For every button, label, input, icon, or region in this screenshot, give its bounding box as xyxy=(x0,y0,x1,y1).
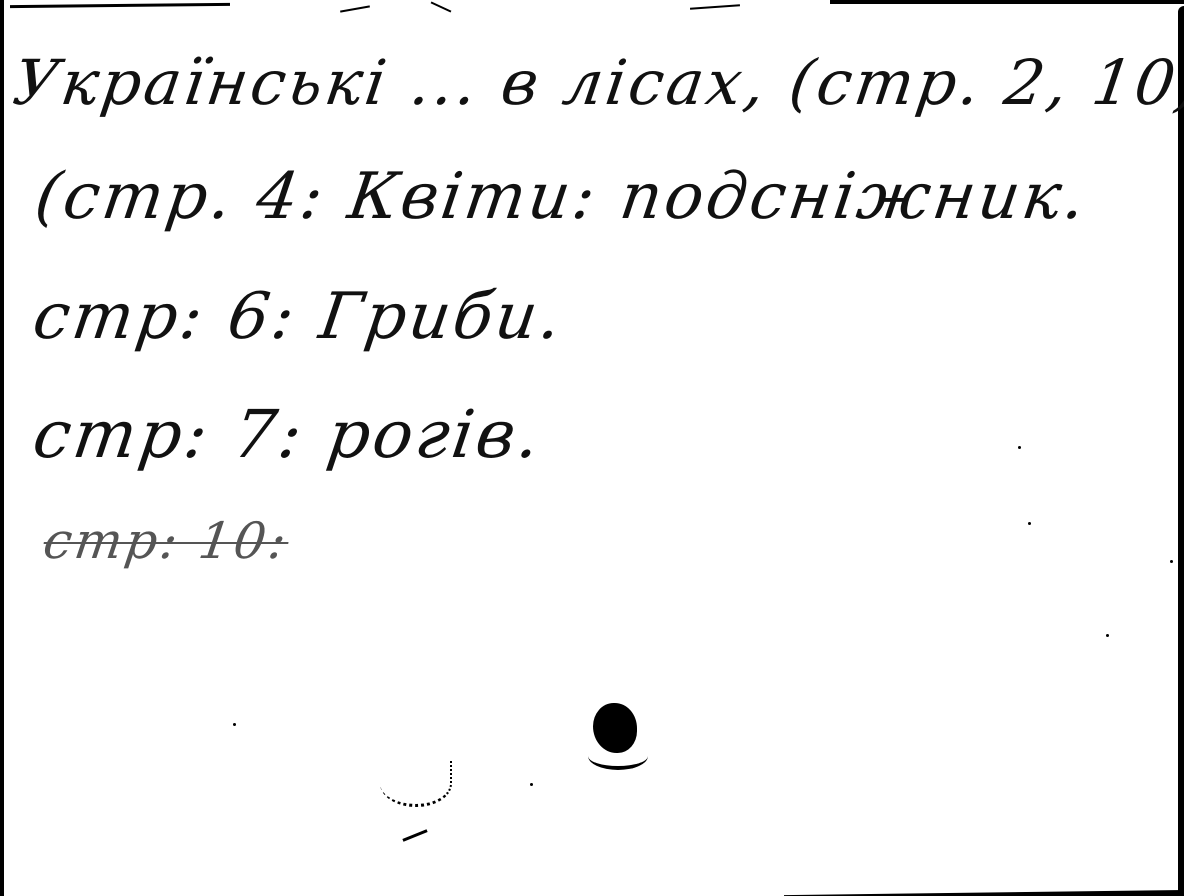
faint-stamp xyxy=(380,760,452,807)
scan-border-right xyxy=(1178,6,1184,896)
handwritten-line-2: (стр. 4: Квіти: подсніжник. xyxy=(31,160,1093,234)
speck xyxy=(233,723,236,726)
ink-blot-arc xyxy=(588,742,648,770)
top-edge-mark xyxy=(690,4,740,9)
handwritten-line-4: стр: 7: рогів. xyxy=(29,396,548,473)
index-card: Українські ... в лісах, (стр. 2, 10) (ст… xyxy=(0,0,1184,896)
scan-border-top-right xyxy=(830,0,1184,4)
scan-border-top-left xyxy=(10,3,230,8)
speck xyxy=(530,783,533,786)
speck xyxy=(1028,522,1031,525)
speck xyxy=(1170,560,1173,563)
faint-stamp-stroke xyxy=(402,829,427,842)
speck xyxy=(1106,634,1109,637)
handwritten-line-3: стр: 6: Гриби. xyxy=(29,280,569,354)
speck xyxy=(1018,446,1021,449)
scan-border-left xyxy=(0,0,4,896)
handwritten-line-5-struck: стр: 10: xyxy=(40,512,293,570)
top-edge-mark xyxy=(431,1,452,12)
handwritten-line-1: Українські ... в лісах, (стр. 2, 10) xyxy=(9,46,1184,119)
scan-border-bottom xyxy=(784,890,1184,896)
top-edge-mark xyxy=(340,5,370,12)
